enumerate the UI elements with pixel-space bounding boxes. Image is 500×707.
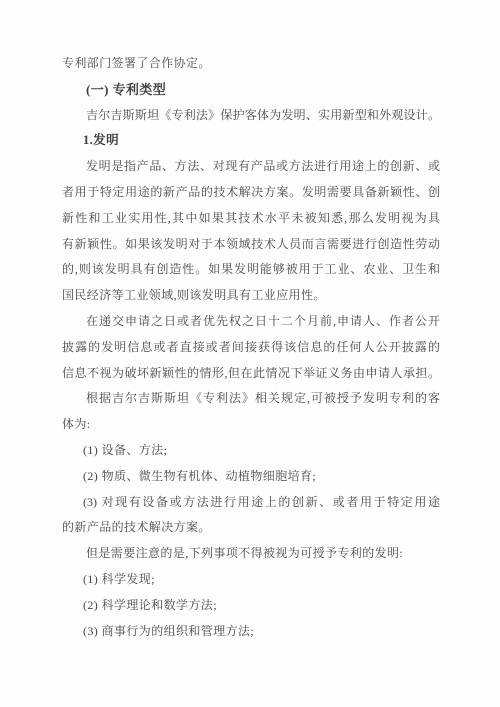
paragraph-line: 专利部门签署了合作协定。 [62, 51, 440, 77]
list-item: (1) 设备、方法; [62, 438, 440, 464]
paragraph-line: 信息不视为破坏新颖性的情形,但在此情况下举证义务由申请人承担。 [62, 361, 440, 387]
paragraph-line: 者用于特定用途的新产品的技术解决方案。发明需要具备新颖性、创 [62, 180, 440, 206]
paragraph-line: 吉尔吉斯斯坦《专利法》保护客体为发明、实用新型和外观设计。 [62, 103, 440, 129]
paragraph-line: 发明是指产品、方法、对现有产品或方法进行用途上的创新、或 [62, 154, 440, 180]
paragraph-line: 根据吉尔吉斯斯坦《专利法》相关规定,可被授予发明专利的客 [62, 386, 440, 412]
document-body: 专利部门签署了合作协定。(一) 专利类型吉尔吉斯斯坦《专利法》保护客体为发明、实… [62, 51, 440, 644]
list-item: (3) 商事行为的组织和管理方法; [62, 619, 440, 645]
paragraph-line: 体为: [62, 412, 440, 438]
list-item: (2) 物质、微生物有机体、动植物细胞培育; [62, 464, 440, 490]
section-heading: (一) 专利类型 [62, 77, 440, 103]
paragraph-line: 国民经济等工业领域,则该发明具有工业应用性。 [62, 283, 440, 309]
paragraph-line: 但是需要注意的是,下列事项不得被视为可授予专利的发明: [62, 541, 440, 567]
list-item: (2) 科学理论和数学方法; [62, 593, 440, 619]
paragraph-line: 的新产品的技术解决方案。 [62, 515, 440, 541]
list-item: (1) 科学发现; [62, 567, 440, 593]
paragraph-line: 新性和工业实用性,其中如果其技术水平未被知悉,那么发明视为具 [62, 206, 440, 232]
paragraph-line: 披露的发明信息或者直接或者间接获得该信息的任何人公开披露的 [62, 335, 440, 361]
paragraph-line: 有新颖性。如果该发明对于本领域技术人员而言需要进行创造性劳动 [62, 232, 440, 258]
list-item: (3) 对现有设备或方法进行用途上的创新、或者用于特定用途 [62, 490, 440, 516]
document-page: 专利部门签署了合作协定。(一) 专利类型吉尔吉斯斯坦《专利法》保护客体为发明、实… [0, 0, 500, 707]
subsection-heading: 1.发明 [62, 128, 440, 154]
paragraph-line: 的,则该发明具有创造性。如果发明能够被用于工业、农业、卫生和 [62, 257, 440, 283]
paragraph-line: 在递交申请之日或者优先权之日十二个月前,申请人、作者公开 [62, 309, 440, 335]
